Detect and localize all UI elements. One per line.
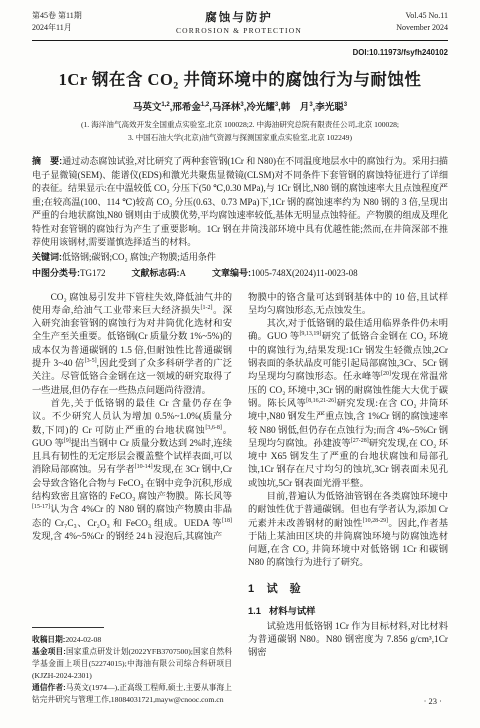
keywords-text: 低铬钢;碳钢;CO₂ 腐蚀;产物膜;适用条件 bbox=[62, 252, 216, 262]
author: ,韩 月3 bbox=[278, 102, 312, 113]
article-id-label: 文章编号: bbox=[212, 268, 251, 278]
affiliation-line: (1. 海洋油气高效开发全国重点实验室,北京 100028;2. 中海油研究总院… bbox=[32, 119, 448, 132]
abstract-block: 摘 要:通过动态腐蚀试验,对比研究了两种套管钢(1Cr 和 N80)在不同温度地… bbox=[32, 155, 448, 250]
affiliations: (1. 海洋油气高效开发全国重点实验室,北京 100028;2. 中海油研究总院… bbox=[32, 119, 448, 144]
journal-title-block: 腐蚀与防护 CORROSION & PROTECTION bbox=[176, 9, 302, 35]
authors-line: 马英文1,2,邢希金1,2,马泽林3,冷光耀3,韩 月3,李光聪3 bbox=[32, 99, 448, 113]
author-affil-sup: 1,2 bbox=[201, 102, 209, 108]
section-heading-1-1: 1.1材料与试样 bbox=[248, 603, 448, 617]
page-number: · 23 · bbox=[248, 696, 448, 706]
author: ,冷光耀3 bbox=[244, 102, 278, 113]
body-paragraph: 物膜中的铬含量可达到钢基体中的 10 倍,且试样呈均匀腐蚀形态,无点蚀发生。 bbox=[248, 292, 448, 319]
section-number: 1 bbox=[248, 583, 255, 595]
journal-issue-block: 第45卷 第11期 2024年11月 bbox=[32, 10, 82, 35]
author: ,李光聪3 bbox=[313, 102, 347, 113]
clc-value: TG172 bbox=[80, 268, 106, 278]
doc-code-segment: 文献标志码:A bbox=[132, 267, 187, 281]
keywords-label: 关键词: bbox=[32, 252, 62, 262]
body-paragraph: 其次,对于低铬钢的最佳适用临界条件仍未明确。GUO 等[9,13,19]研究了低… bbox=[248, 318, 448, 491]
clc-label: 中图分类号: bbox=[32, 268, 80, 278]
fund-label: 基金项目: bbox=[32, 647, 66, 656]
journal-volume-block: Vol.45 No.11 November 2024 bbox=[396, 10, 448, 35]
journal-title-en: CORROSION & PROTECTION bbox=[176, 26, 302, 35]
section-heading-1: 1试 验 bbox=[248, 580, 448, 596]
left-column: CO₂ 腐蚀易引发井下管柱失效,降低油气井的使用寿命,给油气工业带来巨大经济损失… bbox=[32, 292, 232, 706]
paper-page: 第45卷 第11期 2024年11月 腐蚀与防护 CORROSION & PRO… bbox=[0, 0, 480, 728]
journal-issue-cn: 第45卷 第11期 bbox=[32, 10, 82, 22]
body-paragraph: 首先,关于低铬钢的最佳 Cr 含量仍存在争议。不少研究人员认为增加 0.5%~1… bbox=[32, 398, 232, 544]
section-title: 材料与试样 bbox=[269, 606, 316, 616]
author: ,邢希金1,2 bbox=[170, 102, 209, 113]
body-columns: CO₂ 腐蚀易引发井下管柱失效,降低油气井的使用寿命,给油气工业带来巨大经济损失… bbox=[32, 292, 448, 706]
body-paragraph: 试验选用低铬钢 1Cr 作为目标材料,对比材料为普通碳钢 N80。N80 钢密度… bbox=[248, 621, 448, 661]
keywords-line: 关键词:低铬钢;碳钢;CO₂ 腐蚀;产物膜;适用条件 bbox=[32, 251, 448, 265]
journal-volume-en: Vol.45 No.11 bbox=[396, 10, 448, 22]
article-title: 1Cr 钢在含 CO₂ 井筒环境中的腐蚀行为与耐蚀性 bbox=[32, 66, 448, 90]
abstract-text: 通过动态腐蚀试验,对比研究了两种套管钢(1Cr 和 N80)在不同温度地层水中的… bbox=[32, 156, 448, 247]
clc-segment: 中图分类号:TG172 bbox=[32, 267, 106, 281]
footnote-block: 收稿日期:2024-02-08 基金项目:国家重点研发计划(2022YFB370… bbox=[32, 627, 232, 706]
journal-title-cn: 腐蚀与防护 bbox=[176, 9, 302, 25]
abstract-label: 摘 要: bbox=[32, 156, 62, 166]
classification-line: 中图分类号:TG172 文献标志码:A 文章编号:1005-748X(2024)… bbox=[32, 267, 448, 281]
received-label: 收稿日期: bbox=[32, 635, 65, 644]
section-number: 1.1 bbox=[248, 606, 261, 616]
body-paragraph: CO₂ 腐蚀易引发井下管柱失效,降低油气井的使用寿命,给油气工业带来巨大经济损失… bbox=[32, 292, 232, 398]
body-paragraph: 目前,普遍认为低铬油管钢在各类腐蚀环境中的耐蚀性优于普通碳钢。但也有学者认为,添… bbox=[248, 491, 448, 571]
footnote-divider bbox=[32, 627, 104, 628]
footnote-fund: 基金项目:国家重点研发计划(2022YFB3707500);国家自然科学基金面上… bbox=[32, 646, 232, 682]
right-column: 物膜中的铬含量可达到钢基体中的 10 倍,且试样呈均匀腐蚀形态,无点蚀发生。 其… bbox=[248, 292, 448, 706]
received-value: 2024-02-08 bbox=[65, 635, 101, 644]
author: 马英文1,2 bbox=[133, 102, 170, 113]
author-affil-sup: 1,2 bbox=[161, 102, 169, 108]
doc-code-label: 文献标志码: bbox=[132, 268, 180, 278]
corr-label: 通信作者: bbox=[32, 683, 66, 692]
footnote-corresponding-author: 通信作者:马英文(1974—),正高级工程师,硕士,主要从事海上钻完井研究与管理… bbox=[32, 682, 232, 706]
author-affil-sup: 3 bbox=[344, 102, 347, 108]
affiliation-line: 3. 中国石油大学(北京)油气资源与探测国家重点实验室,北京 102249) bbox=[32, 132, 448, 145]
section-title: 试 验 bbox=[267, 583, 302, 595]
article-id-value: 1005-748X(2024)11-0023-08 bbox=[251, 268, 358, 278]
doi: DOI:10.11973/fsyfh240102 bbox=[32, 48, 448, 57]
journal-date-en: November 2024 bbox=[396, 22, 448, 34]
doc-code-value: A bbox=[180, 268, 187, 278]
article-id-segment: 文章编号:1005-748X(2024)11-0023-08 bbox=[212, 267, 358, 281]
journal-date-cn: 2024年11月 bbox=[32, 22, 82, 34]
footnote-received: 收稿日期:2024-02-08 bbox=[32, 634, 232, 646]
journal-header: 第45卷 第11期 2024年11月 腐蚀与防护 CORROSION & PRO… bbox=[32, 9, 448, 41]
author: ,马泽林3 bbox=[209, 102, 243, 113]
